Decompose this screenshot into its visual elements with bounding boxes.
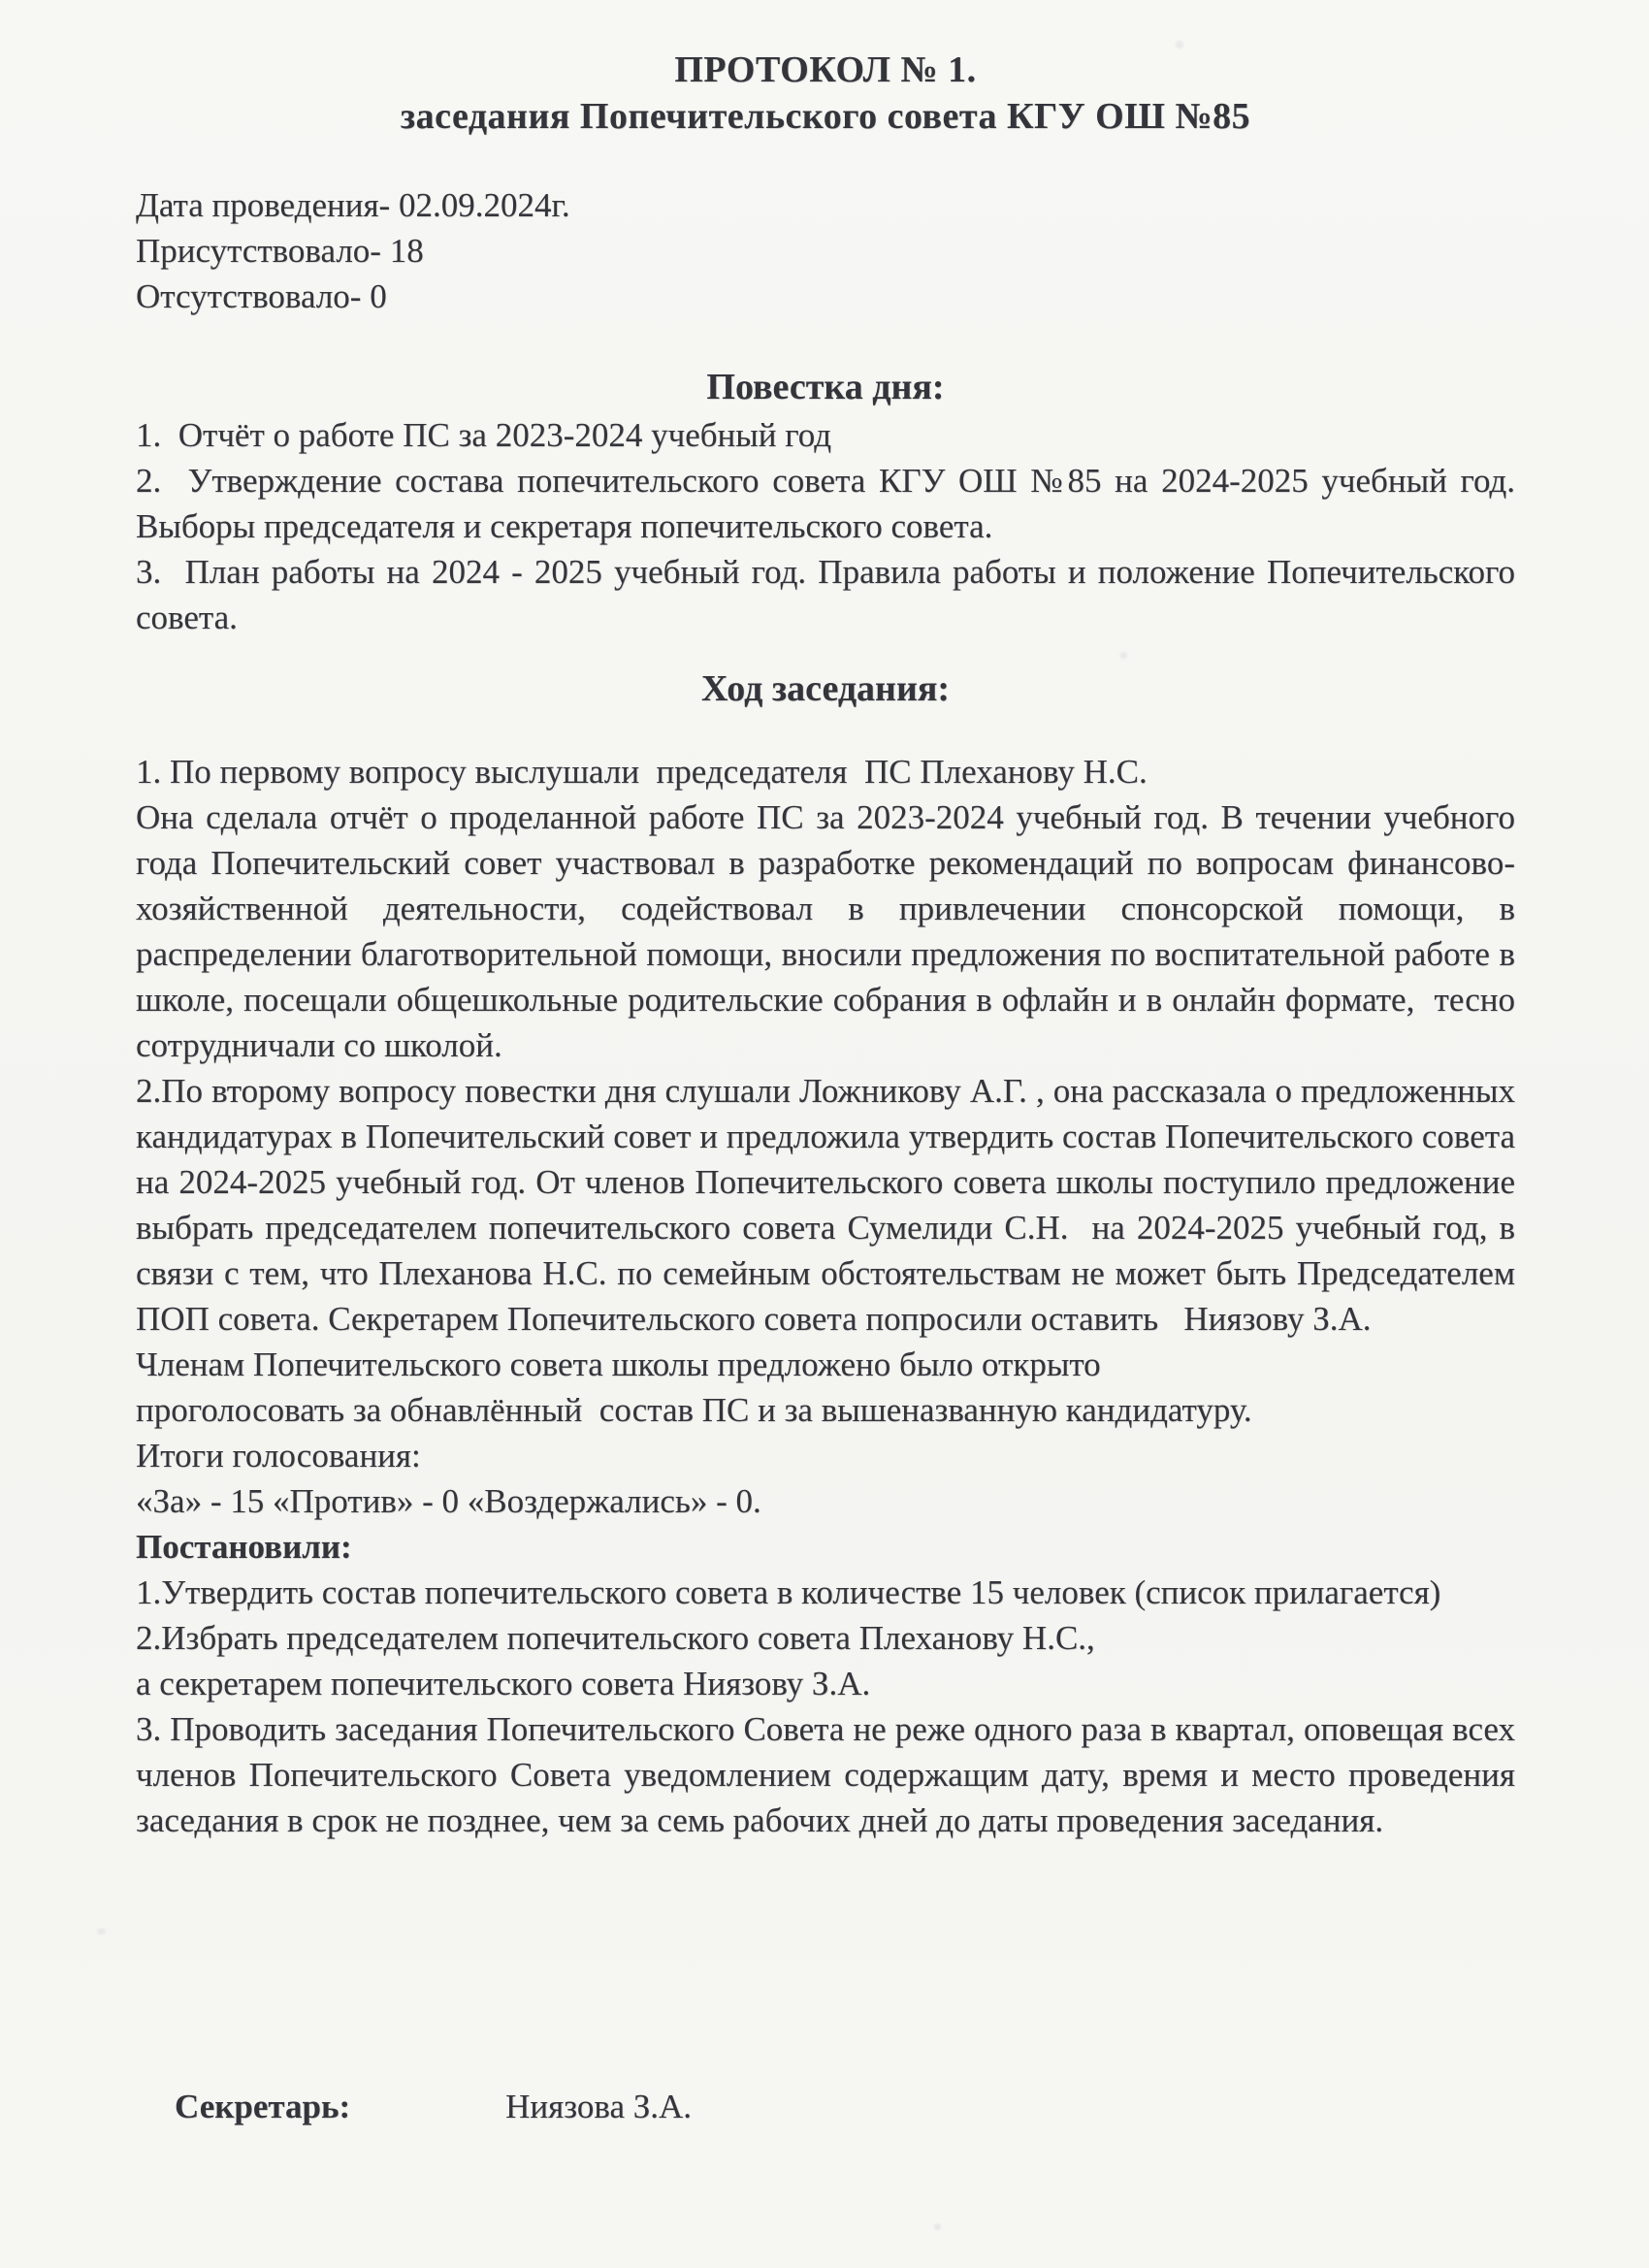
scanned-protocol-page: ПРОТОКОЛ № 1. заседания Попечительского … [0, 0, 1649, 2268]
document-title-block: ПРОТОКОЛ № 1. заседания Попечительского … [136, 47, 1515, 140]
scan-speck [1176, 41, 1183, 49]
signature-label: Секретарь: [175, 2084, 350, 2129]
agenda-item-1: 1. Отчёт о работе ПС за 2023-2024 учебны… [136, 412, 1515, 458]
resolution-item-3: 3. Проводить заседания Попечительского С… [136, 1706, 1515, 1843]
meta-absent-line: Отсутствовало- 0 [136, 274, 1515, 319]
resolution-item-1: 1.Утвердить состав попечительского совет… [136, 1570, 1515, 1615]
meta-date-line: Дата проведения- 02.09.2024г. [136, 182, 1515, 228]
open-vote-line-2: проголосовать за обнавлённый состав ПС и… [136, 1387, 1515, 1433]
meta-present-line: Присутствовало- 18 [136, 228, 1515, 274]
proceedings-heading: Ход заседания: [136, 665, 1515, 712]
signature-name: Ниязова З.А. [505, 2084, 692, 2129]
title-line-2: заседания Попечительского совета КГУ ОШ … [136, 93, 1515, 140]
item1-report-paragraph: Она сделала отчёт о проделанной работе П… [136, 794, 1515, 1068]
scan-speck [934, 2223, 941, 2230]
meta-block: Дата проведения- 02.09.2024г. Присутство… [136, 182, 1515, 319]
voting-results-line: «За» - 15 «Против» - 0 «Воздержались» - … [136, 1478, 1515, 1524]
item2-paragraph: 2.По второму вопросу повестки дня слушал… [136, 1068, 1515, 1342]
agenda-item-3: 3. План работы на 2024 - 2025 учебный го… [136, 549, 1515, 640]
resolution-item-2-continuation: а секретарем попечительского совета Нияз… [136, 1661, 1515, 1706]
voting-results-label: Итоги голосования: [136, 1433, 1515, 1478]
proceedings-body: 1. По первому вопросу выслушали председа… [136, 749, 1515, 1843]
resolution-heading: Постановили: [136, 1524, 1515, 1570]
agenda-item-2: 2. Утверждение состава попечительского с… [136, 458, 1515, 549]
scan-speck [97, 1928, 106, 1934]
open-vote-line-1: Членам Попечительского совета школы пред… [136, 1342, 1515, 1387]
title-line-1: ПРОТОКОЛ № 1. [136, 47, 1515, 93]
item1-speaker-line: 1. По первому вопросу выслушали председа… [136, 749, 1515, 794]
signature-row: Секретарь: Ниязова З.А. [175, 2084, 692, 2129]
agenda-heading: Повестка дня: [136, 364, 1515, 410]
resolution-item-2: 2.Избрать председателем попечительского … [136, 1615, 1515, 1661]
agenda-list: 1. Отчёт о работе ПС за 2023-2024 учебны… [136, 412, 1515, 640]
scan-speck [1120, 652, 1127, 659]
